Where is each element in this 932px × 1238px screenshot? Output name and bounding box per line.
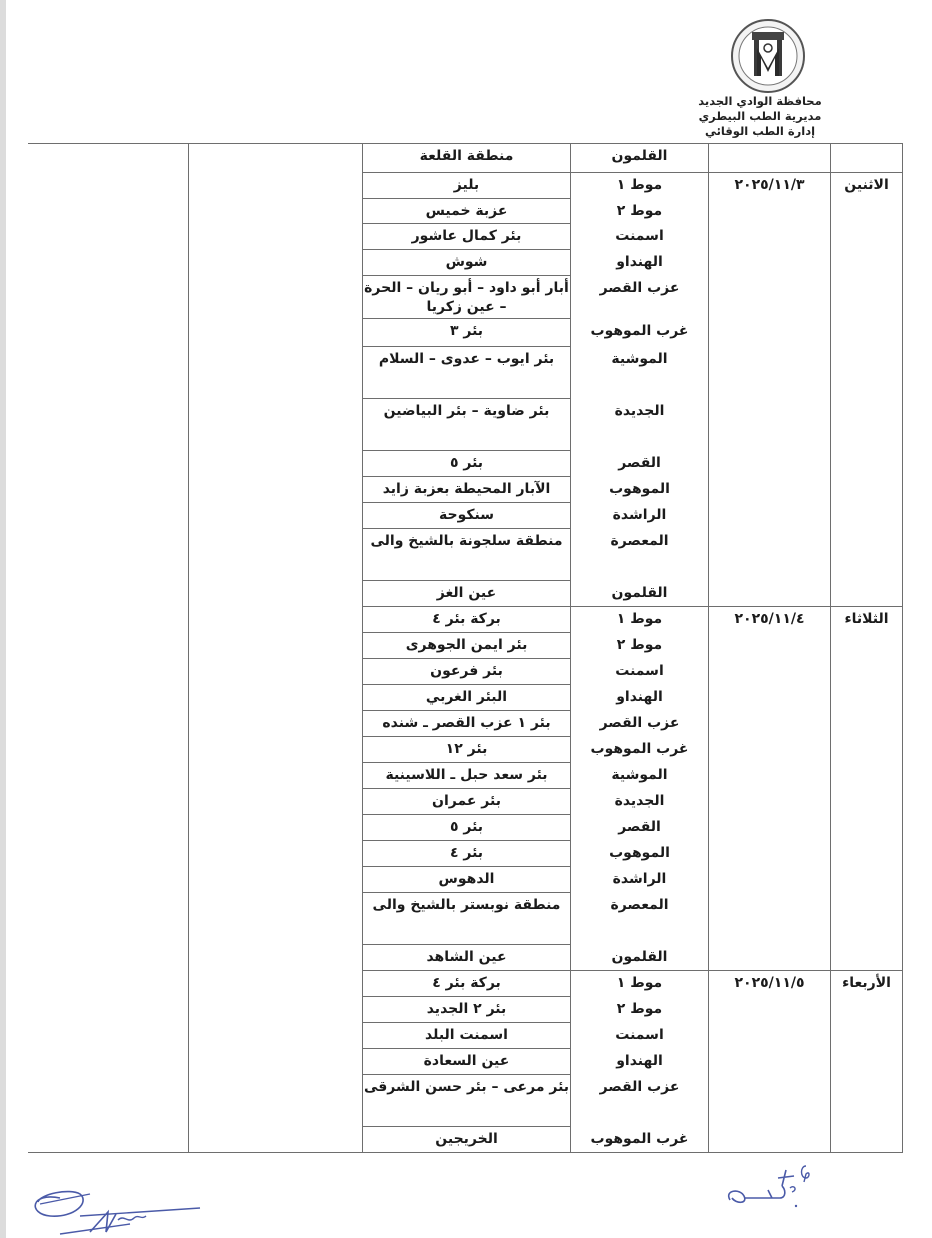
location-cell-text: بئر ١٢ — [446, 740, 488, 759]
center-cell-text: المعصرة — [610, 896, 668, 915]
location-cell: بئر مرعى – بئر حسن الشرقى — [363, 1075, 570, 1126]
table-rule — [188, 143, 189, 1153]
location-cell-text: البئر الغربي — [426, 688, 507, 707]
center-cell: الهنداو — [571, 685, 708, 710]
signature-right-icon — [720, 1160, 840, 1220]
center-cell-text: موط ١ — [617, 610, 662, 629]
scan-edge — [0, 0, 6, 1238]
date-cell-text: ٢٠٢٥/١١/٣ — [734, 176, 804, 195]
day-cell-text: الاثنين — [844, 176, 889, 195]
location-cell-text: عين السعادة — [424, 1052, 510, 1071]
location-cell-text: بئر ضاوية – بئر البياضين — [384, 402, 550, 421]
center-cell: المعصرة — [571, 529, 708, 580]
center-cell: الجديدة — [571, 789, 708, 814]
center-cell: موط ٢ — [571, 997, 708, 1022]
center-cell: موط ٢ — [571, 199, 708, 223]
location-cell-text: عين الشاهد — [426, 948, 506, 967]
location-cell: بليز — [363, 173, 570, 198]
center-cell-text: الراشدة — [613, 506, 667, 525]
center-cell: الهنداو — [571, 250, 708, 275]
location-cell: عين الشاهد — [363, 945, 570, 970]
location-cell: بئر ٥ — [363, 815, 570, 840]
center-cell: اسمنت — [571, 659, 708, 684]
location-cell-text: بئر ٥ — [450, 818, 483, 837]
location-cell-text: بركة بئر ٤ — [432, 974, 501, 993]
location-cell: منطقة سلجونة بالشيخ والى — [363, 529, 570, 580]
location-cell-text: بئر ٤ — [450, 844, 483, 863]
location-cell: سنكوحة — [363, 503, 570, 528]
location-cell-text: سنكوحة — [439, 506, 494, 525]
location-cell: الخريجين — [363, 1127, 570, 1152]
location-cell: بئر ٤ — [363, 841, 570, 866]
center-cell: المعصرة — [571, 893, 708, 944]
center-cell-text: اسمنت — [615, 1026, 664, 1045]
location-cell-text: بئر مرعى – بئر حسن الشرقى — [364, 1078, 569, 1097]
center-cell-text: غرب الموهوب — [591, 740, 689, 759]
table-rule — [28, 1152, 903, 1153]
location-cell: بئر ٢ الجديد — [363, 997, 570, 1022]
center-cell-text: موط ١ — [617, 176, 662, 195]
location-cell-text: بئر ايوب – عدوى – السلام — [379, 350, 554, 369]
center-cell-text: عزب القصر — [600, 279, 680, 298]
center-cell-text: الموشية — [611, 350, 667, 369]
center-cell: الراشدة — [571, 503, 708, 528]
center-cell: عزب القصر — [571, 711, 708, 736]
location-cell-text: بئر كمال عاشور — [412, 227, 522, 246]
center-cell: غرب الموهوب — [571, 737, 708, 762]
location-cell: بئر ٥ — [363, 451, 570, 476]
governorate-logo-icon — [730, 18, 806, 94]
location-cell-text: منطقة القلعة — [420, 147, 514, 166]
location-cell: اسمنت البلد — [363, 1023, 570, 1048]
center-cell-text: الهنداو — [616, 253, 663, 272]
location-cell-text: منطقة سلجونة بالشيخ والى — [370, 532, 562, 551]
location-cell-text: الدهوس — [439, 870, 495, 889]
location-cell: بئر ١ عزب القصر ـ شنده — [363, 711, 570, 736]
day-cell: الأربعاء — [831, 971, 902, 1152]
center-cell: القلمون — [571, 581, 708, 606]
center-cell-text: غرب الموهوب — [591, 1130, 689, 1149]
center-cell-text: الهنداو — [616, 1052, 663, 1071]
location-cell: منطقة نوبستر بالشيخ والى — [363, 893, 570, 944]
location-cell-text: منطقة نوبستر بالشيخ والى — [373, 896, 561, 915]
center-cell-text: موط ٢ — [617, 636, 662, 655]
location-cell-text: اسمنت البلد — [425, 1026, 508, 1045]
center-cell: الموشية — [571, 347, 708, 398]
center-cell-text: اسمنت — [615, 662, 664, 681]
date-cell-text: ٢٠٢٥/١١/٤ — [734, 610, 804, 629]
location-cell: عين السعادة — [363, 1049, 570, 1074]
center-cell-text: القلمون — [612, 147, 668, 166]
center-cell-text: الموهوب — [609, 844, 670, 863]
center-cell: موط ١ — [571, 971, 708, 996]
center-cell-text: الهنداو — [616, 688, 663, 707]
location-cell-text: بئر فرعون — [430, 662, 503, 681]
issuing-authority: محافظة الوادي الجديد مديرية الطب البيطري… — [690, 94, 830, 139]
date-cell: ٢٠٢٥/١١/٣ — [709, 173, 830, 606]
location-cell: منطقة القلعة — [363, 144, 570, 172]
center-cell: موط ٢ — [571, 633, 708, 658]
location-cell-text: الآبار المحيطة بعزبة زايد — [383, 480, 551, 499]
center-cell: الراشدة — [571, 867, 708, 892]
center-cell-text: عزب القصر — [600, 1078, 680, 1097]
center-cell-text: الراشدة — [613, 870, 667, 889]
location-cell-text: عين الغز — [437, 584, 496, 603]
location-cell: بئر كمال عاشور — [363, 224, 570, 249]
location-cell: بئر ايوب – عدوى – السلام — [363, 347, 570, 398]
center-cell: عزب القصر — [571, 1075, 708, 1126]
center-cell: الجديدة — [571, 399, 708, 450]
location-cell: البئر الغربي — [363, 685, 570, 710]
center-cell: الموهوب — [571, 477, 708, 502]
day-cell-text: الأربعاء — [842, 974, 891, 993]
location-cell: بئر فرعون — [363, 659, 570, 684]
location-cell: أبار أبو داود – أبو ريان – الحرة – عين ز… — [363, 276, 570, 318]
center-cell-text: الموهوب — [609, 480, 670, 499]
date-cell: ٢٠٢٥/١١/٤ — [709, 607, 830, 970]
location-cell: الدهوس — [363, 867, 570, 892]
day-cell: الاثنين — [831, 173, 902, 606]
location-cell: عين الغز — [363, 581, 570, 606]
header-line-governorate: محافظة الوادي الجديد — [690, 94, 830, 109]
center-cell: الموهوب — [571, 841, 708, 866]
center-cell: القلمون — [571, 945, 708, 970]
location-cell-text: بليز — [454, 176, 479, 195]
center-cell-text: القلمون — [612, 584, 668, 603]
center-cell-text: القلمون — [612, 948, 668, 967]
header-line-department: إدارة الطب الوقائي — [690, 124, 830, 139]
center-cell-text: المعصرة — [610, 532, 668, 551]
location-cell-text: بئر ٣ — [450, 322, 483, 341]
location-cell-text: عزبة خميس — [426, 202, 508, 221]
location-cell: بئر ضاوية – بئر البياضين — [363, 399, 570, 450]
center-cell-text: موط ١ — [617, 974, 662, 993]
center-cell: غرب الموهوب — [571, 1127, 708, 1152]
location-cell-text: بئر ايمن الجوهرى — [406, 636, 528, 655]
center-cell: غرب الموهوب — [571, 319, 708, 346]
center-cell: اسمنت — [571, 224, 708, 249]
location-cell: بئر ١٢ — [363, 737, 570, 762]
location-cell-text: أبار أبو داود – أبو ريان – الحرة – عين ز… — [363, 279, 570, 317]
location-cell: بئر عمران — [363, 789, 570, 814]
center-cell: القلمون — [571, 144, 708, 172]
signature-left-icon — [20, 1180, 220, 1236]
location-cell-text: الخريجين — [435, 1130, 498, 1149]
header-line-directorate: مديرية الطب البيطري — [690, 109, 830, 124]
table-rule — [902, 143, 903, 1153]
center-cell: اسمنت — [571, 1023, 708, 1048]
center-cell: القصر — [571, 451, 708, 476]
date-cell-text: ٢٠٢٥/١١/٥ — [734, 974, 804, 993]
location-cell: شوش — [363, 250, 570, 275]
location-cell-text: شوش — [446, 253, 488, 272]
location-cell: عزبة خميس — [363, 199, 570, 223]
center-cell-text: موط ٢ — [617, 1000, 662, 1019]
day-cell-text: الثلاثاء — [844, 610, 888, 629]
location-cell-text: بئر سعد حبل ـ اللاسينية — [385, 766, 547, 785]
center-cell-text: موط ٢ — [617, 202, 662, 221]
date-cell: ٢٠٢٥/١١/٥ — [709, 971, 830, 1152]
location-cell: الآبار المحيطة بعزبة زايد — [363, 477, 570, 502]
location-cell: بركة بئر ٤ — [363, 607, 570, 632]
location-cell-text: بئر ١ عزب القصر ـ شنده — [382, 714, 550, 733]
location-cell-text: بئر عمران — [432, 792, 501, 811]
day-cell: الثلاثاء — [831, 607, 902, 970]
center-cell-text: عزب القصر — [600, 714, 680, 733]
center-cell-text: القصر — [618, 818, 661, 837]
center-cell: الهنداو — [571, 1049, 708, 1074]
location-cell: بركة بئر ٤ — [363, 971, 570, 996]
center-cell: القصر — [571, 815, 708, 840]
center-cell-text: القصر — [618, 454, 661, 473]
center-cell-text: غرب الموهوب — [591, 322, 689, 341]
location-cell-text: بئر ٢ الجديد — [427, 1000, 507, 1019]
center-cell: موط ١ — [571, 173, 708, 198]
center-cell-text: الجديدة — [615, 402, 665, 421]
location-cell: بئر سعد حبل ـ اللاسينية — [363, 763, 570, 788]
center-cell: موط ١ — [571, 607, 708, 632]
center-cell: الموشية — [571, 763, 708, 788]
location-cell: بئر ٣ — [363, 319, 570, 346]
center-cell: عزب القصر — [571, 276, 708, 318]
location-cell-text: بركة بئر ٤ — [432, 610, 501, 629]
center-cell-text: الجديدة — [615, 792, 665, 811]
location-cell-text: بئر ٥ — [450, 454, 483, 473]
center-cell-text: اسمنت — [615, 227, 664, 246]
center-cell-text: الموشية — [611, 766, 667, 785]
location-cell: بئر ايمن الجوهرى — [363, 633, 570, 658]
